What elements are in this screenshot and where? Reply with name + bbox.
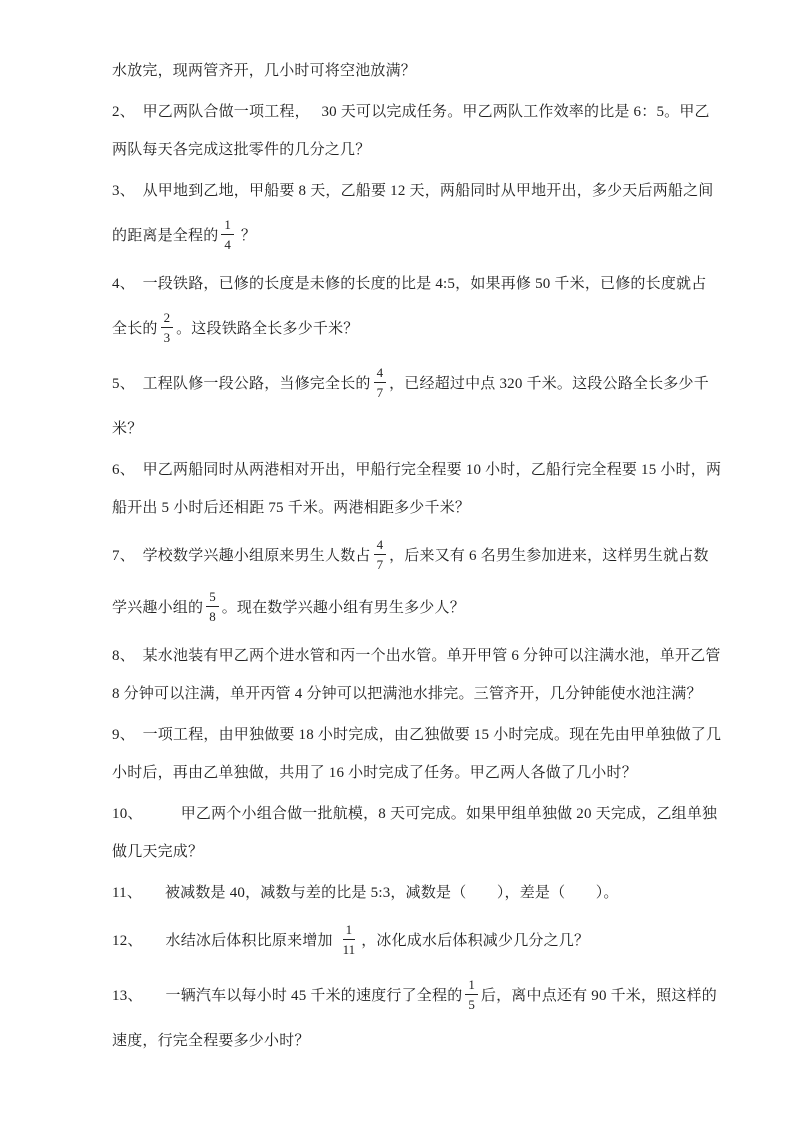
text-run: ？ [237,224,256,245]
fraction-denominator: 7 [374,555,387,572]
fraction: 14 [221,217,234,252]
problem-10: 10、 甲乙两个小组合做一批航模，8 天可完成。如果甲组单独做 20 天完成，乙… [112,793,713,869]
fraction-denominator: 8 [206,607,219,624]
problems-list: 水放完，现两管齐开，几小时可将空池放满？2、 甲乙两队合做一项工程， 30 天可… [112,50,713,1058]
text-run: 米？ [112,417,142,438]
fraction: 111 [340,922,359,957]
text-line: 速度，行完全程要多少小时？ [112,1020,713,1058]
text-run: 5、 工程队修一段公路，当修完全长的 [112,372,371,393]
text-run: 两队每天各完成这批零件的几分之几？ [112,138,370,159]
problem-2: 2、 甲乙两队合做一项工程， 30 天可以完成任务。甲乙两队工作效率的比是 6：… [112,91,713,167]
text-run: 11、 被减数是 40，减数与差的比是 5:3，减数是（ ），差是（ ）。 [112,881,619,902]
text-line: 11、 被减数是 40，减数与差的比是 5:3，减数是（ ），差是（ ）。 [112,872,713,910]
document-page: 水放完，现两管齐开，几小时可将空池放满？2、 甲乙两队合做一项工程， 30 天可… [0,0,793,1122]
text-run: 学兴趣小组的 [112,596,203,617]
fraction-numerator: 1 [221,217,234,235]
text-run: 13、 一辆汽车以每小时 45 千米的速度行了全程的 [112,984,462,1005]
fraction-denominator: 7 [374,383,387,400]
text-run: 的距离是全程的 [112,224,218,245]
text-line: 小时后，再由乙单独做，共用了 16 小时完成了任务。甲乙两人各做了几小时？ [112,752,713,790]
fraction-denominator: 5 [465,995,478,1012]
text-line: 米？ [112,408,713,446]
text-run: ，已经超过中点 320 千米。这段公路全长多少千 [389,372,709,393]
problem-6: 6、 甲乙两船同时从两港相对开出，甲船行完全程要 10 小时，乙船行完全程要 1… [112,449,713,525]
text-run: 8 分钟可以注满，单开丙管 4 分钟可以把满池水排完。三管齐开，几分钟能使水池注… [112,682,702,703]
text-run: 船开出 5 小时后还相距 75 千米。两港相距多少千米？ [112,496,470,517]
text-run: 10、 甲乙两个小组合做一批航模，8 天可完成。如果甲组单独做 20 天完成，乙… [112,802,717,823]
fraction-numerator: 4 [374,365,387,383]
text-run: 7、 学校数学兴趣小组原来男生人数占 [112,544,371,565]
text-line: 8 分钟可以注满，单开丙管 4 分钟可以把满池水排完。三管齐开，几分钟能使水池注… [112,673,713,711]
text-line: 两队每天各完成这批零件的几分之几？ [112,129,713,167]
text-line: 12、 水结冰后体积比原来增加 111，冰化成水后体积减少几分之几？ [112,913,713,965]
problem-13: 13、 一辆汽车以每小时 45 千米的速度行了全程的15后，离中点还有 90 千… [112,968,713,1058]
fraction-denominator: 3 [161,328,174,345]
text-run: 4、 一段铁路，已修的长度是未修的长度的比是 4:5，如果再修 50 千米，已修… [112,272,706,293]
text-line: 10、 甲乙两个小组合做一批航模，8 天可完成。如果甲组单独做 20 天完成，乙… [112,793,713,831]
text-run: 小时后，再由乙单独做，共用了 16 小时完成了任务。甲乙两人各做了几小时？ [112,761,637,782]
text-line: 5、 工程队修一段公路，当修完全长的47，已经超过中点 320 千米。这段公路全… [112,356,713,408]
text-run: 水放完，现两管齐开，几小时可将空池放满？ [112,59,416,80]
text-line: 6、 甲乙两船同时从两港相对开出，甲船行完全程要 10 小时，乙船行完全程要 1… [112,449,713,487]
text-line: 全长的23。这段铁路全长多少千米？ [112,301,713,353]
text-run: 6、 甲乙两船同时从两港相对开出，甲船行完全程要 10 小时，乙船行完全程要 1… [112,458,721,479]
text-run: 。这段铁路全长多少千米？ [176,317,358,338]
text-line: 9、 一项工程，由甲独做要 18 小时完成，由乙独做要 15 小时完成。现在先由… [112,714,713,752]
text-run: 2、 甲乙两队合做一项工程， 30 天可以完成任务。甲乙两队工作效率的比是 6：… [112,100,710,121]
text-run: 后，离中点还有 90 千米，照这样的 [481,984,717,1005]
problem-4: 4、 一段铁路，已修的长度是未修的长度的比是 4:5，如果再修 50 千米，已修… [112,263,713,353]
text-line: 船开出 5 小时后还相距 75 千米。两港相距多少千米？ [112,487,713,525]
problem-3: 3、 从甲地到乙地，甲船要 8 天，乙船要 12 天，两船同时从甲地开出，多少天… [112,170,713,260]
text-run: ，后来又有 6 名男生参加进来，这样男生就占数 [389,544,709,565]
text-line: 2、 甲乙两队合做一项工程， 30 天可以完成任务。甲乙两队工作效率的比是 6：… [112,91,713,129]
text-line: 的距离是全程的14 ？ [112,208,713,260]
text-run: ，冰化成水后体积减少几分之几？ [361,929,589,950]
fraction: 23 [161,310,174,345]
text-line: 3、 从甲地到乙地，甲船要 8 天，乙船要 12 天，两船同时从甲地开出，多少天… [112,170,713,208]
text-run: 。现在数学兴趣小组有男生多少人？ [222,596,465,617]
text-run: 9、 一项工程，由甲独做要 18 小时完成，由乙独做要 15 小时完成。现在先由… [112,723,721,744]
problem-8: 8、 某水池装有甲乙两个进水管和丙一个出水管。单开甲管 6 分钟可以注满水池，单… [112,635,713,711]
fraction: 15 [465,977,478,1012]
problem-9: 9、 一项工程，由甲独做要 18 小时完成，由乙独做要 15 小时完成。现在先由… [112,714,713,790]
text-line: 做几天完成？ [112,831,713,869]
fraction-denominator: 4 [221,235,234,252]
text-run: 12、 水结冰后体积比原来增加 [112,929,337,950]
fraction-numerator: 4 [374,537,387,555]
text-run: 8、 某水池装有甲乙两个进水管和丙一个出水管。单开甲管 6 分钟可以注满水池，单… [112,644,721,665]
fraction-numerator: 5 [206,589,219,607]
text-line: 学兴趣小组的58。现在数学兴趣小组有男生多少人？ [112,580,713,632]
text-line: 13、 一辆汽车以每小时 45 千米的速度行了全程的15后，离中点还有 90 千… [112,968,713,1020]
problem-12: 12、 水结冰后体积比原来增加 111，冰化成水后体积减少几分之几？ [112,913,713,965]
text-run: 做几天完成？ [112,840,203,861]
problem-7: 7、 学校数学兴趣小组原来男生人数占47，后来又有 6 名男生参加进来，这样男生… [112,528,713,632]
problem-1-continuation: 水放完，现两管齐开，几小时可将空池放满？ [112,50,713,88]
fraction-numerator: 1 [343,922,356,940]
fraction: 58 [206,589,219,624]
text-run: 3、 从甲地到乙地，甲船要 8 天，乙船要 12 天，两船同时从甲地开出，多少天… [112,179,714,200]
fraction-denominator: 11 [340,940,359,957]
text-line: 7、 学校数学兴趣小组原来男生人数占47，后来又有 6 名男生参加进来，这样男生… [112,528,713,580]
fraction: 47 [374,365,387,400]
text-line: 8、 某水池装有甲乙两个进水管和丙一个出水管。单开甲管 6 分钟可以注满水池，单… [112,635,713,673]
text-run: 速度，行完全程要多少小时？ [112,1029,310,1050]
text-line: 4、 一段铁路，已修的长度是未修的长度的比是 4:5，如果再修 50 千米，已修… [112,263,713,301]
text-line: 水放完，现两管齐开，几小时可将空池放满？ [112,50,713,88]
text-run: 全长的 [112,317,158,338]
fraction-numerator: 1 [465,977,478,995]
fraction-numerator: 2 [161,310,174,328]
problem-5: 5、 工程队修一段公路，当修完全长的47，已经超过中点 320 千米。这段公路全… [112,356,713,446]
fraction: 47 [374,537,387,572]
problem-11: 11、 被减数是 40，减数与差的比是 5:3，减数是（ ），差是（ ）。 [112,872,713,910]
